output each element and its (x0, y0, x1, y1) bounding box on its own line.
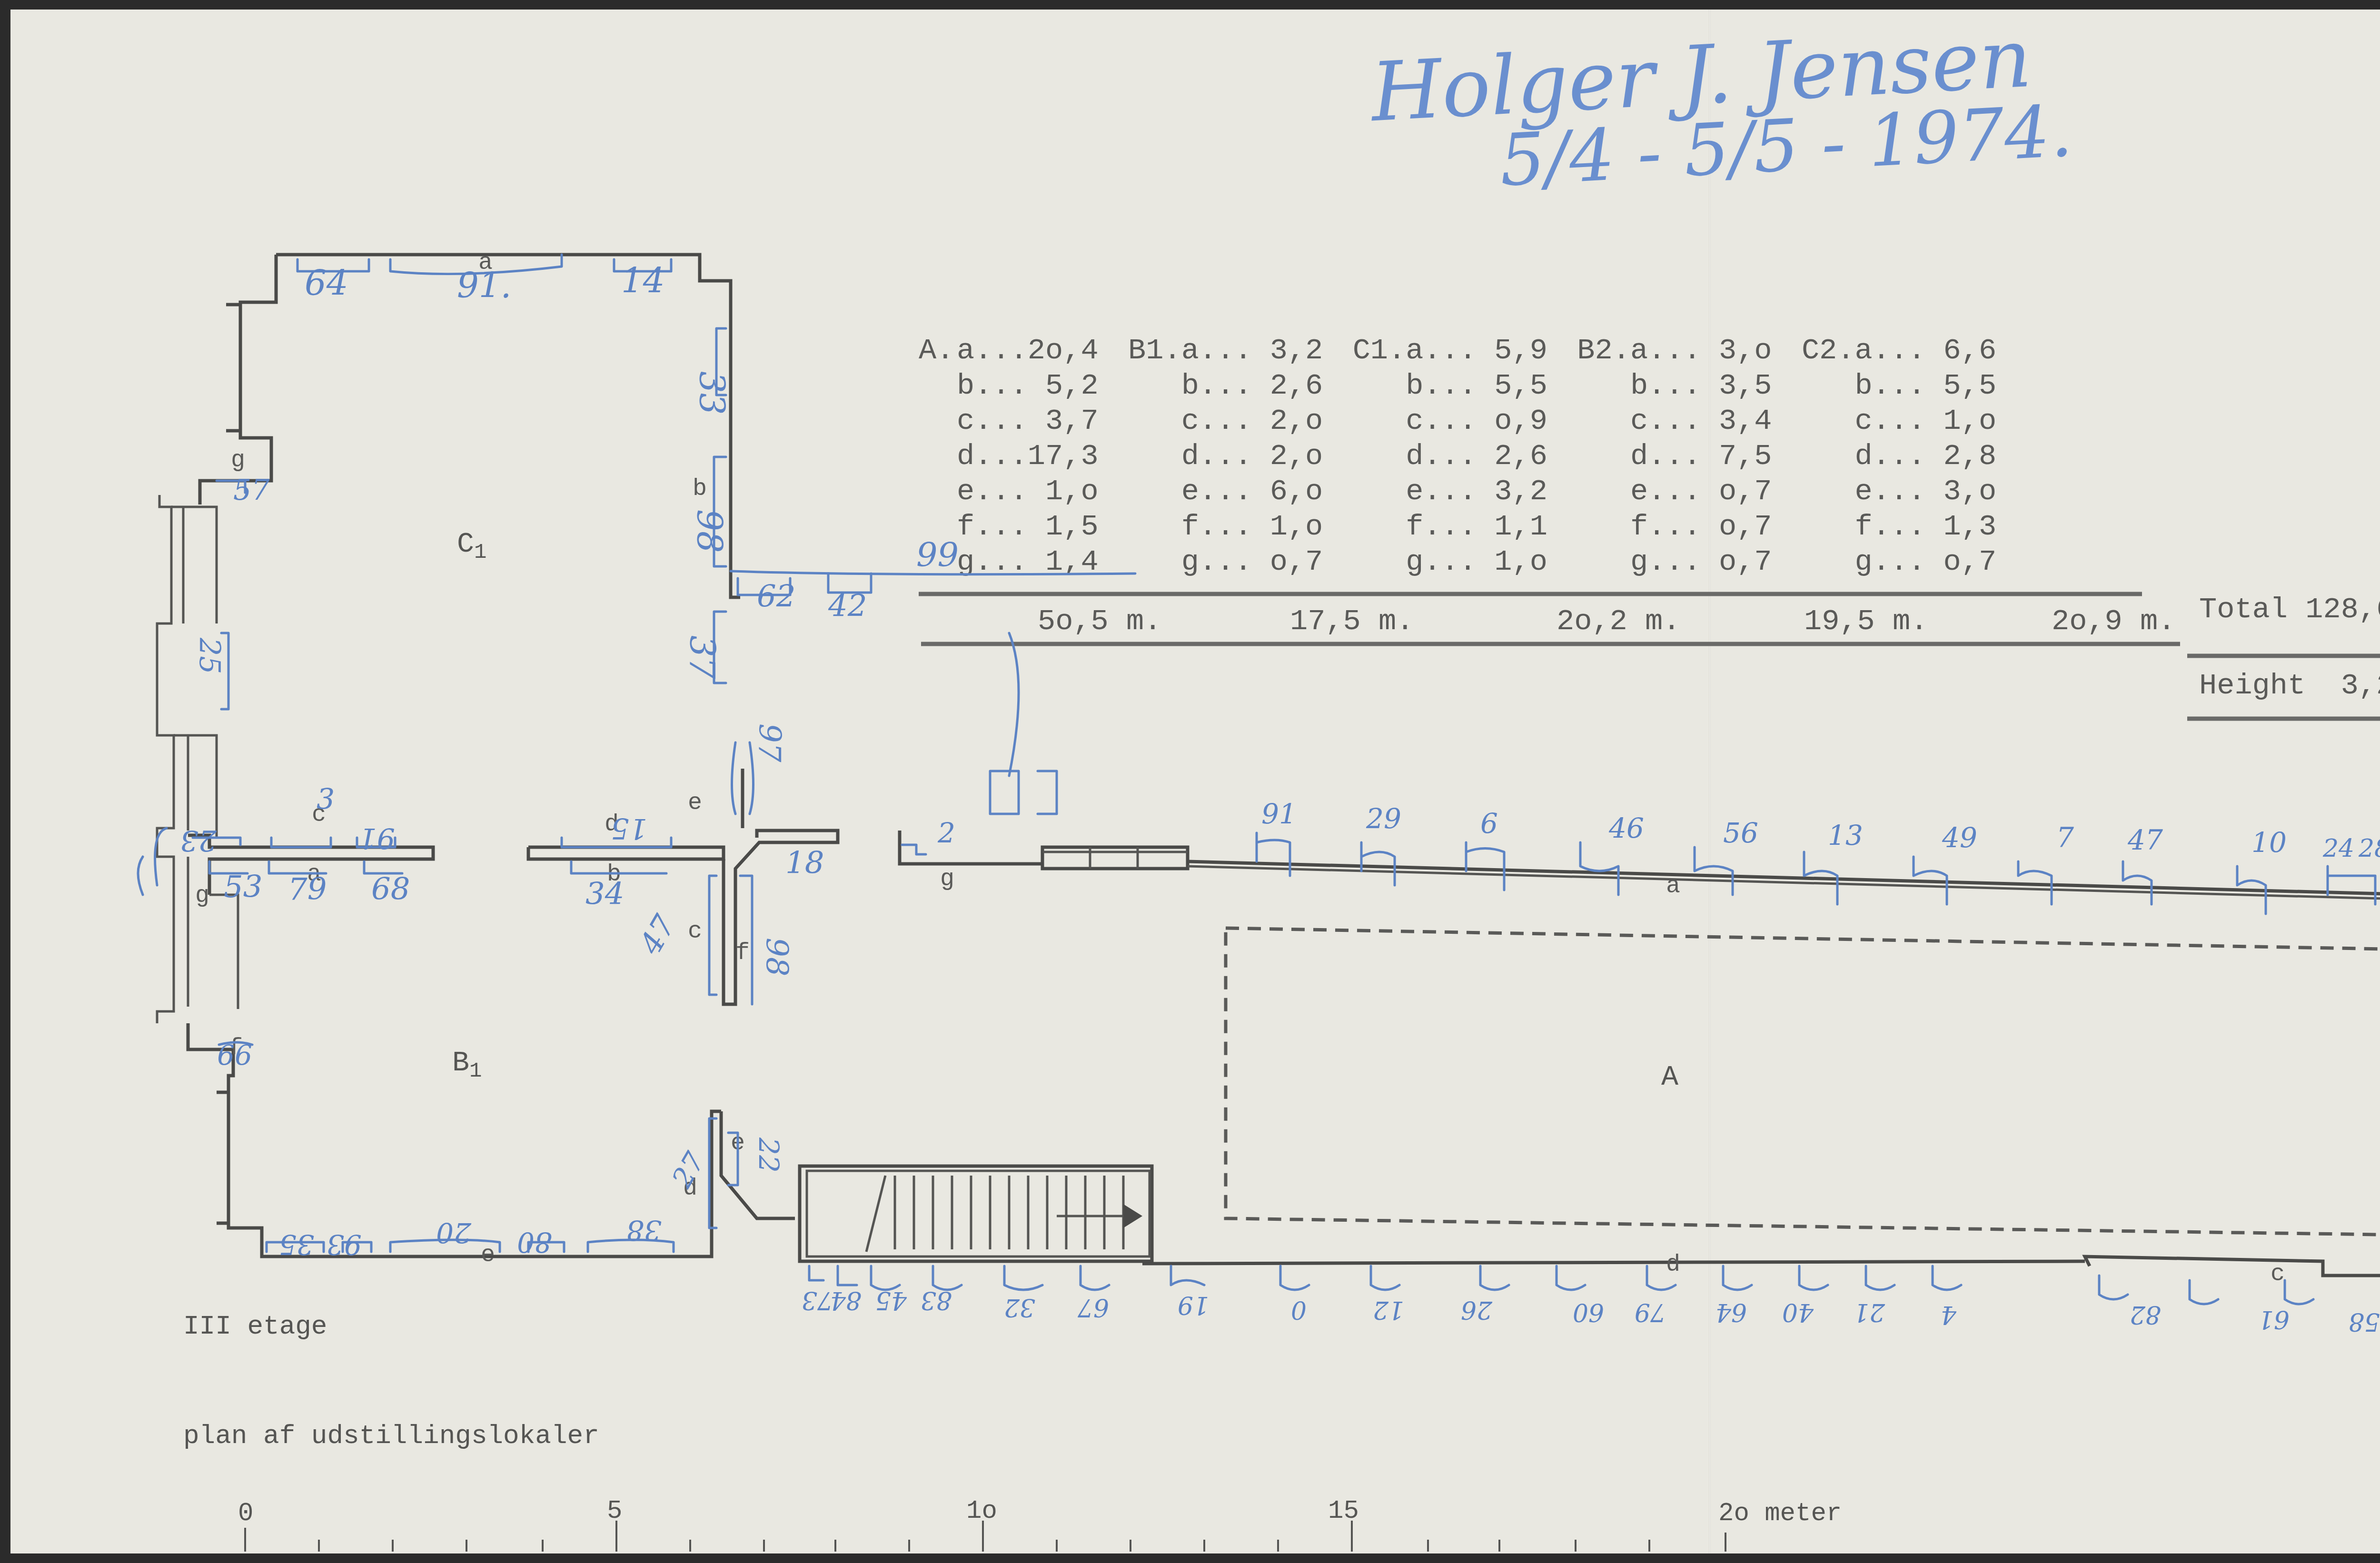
svg-text:28: 28 (2358, 834, 2380, 863)
svg-text:12: 12 (1373, 1296, 1404, 1324)
svg-text:82: 82 (2130, 1300, 2161, 1329)
svg-text:3: 3 (317, 783, 335, 816)
svg-text:4: 4 (1941, 1300, 1957, 1329)
svg-text:40: 40 (1782, 1298, 1814, 1326)
svg-text:25: 25 (193, 637, 226, 674)
svg-text:13: 13 (1828, 819, 1863, 851)
svg-text:46: 46 (1608, 812, 1644, 844)
svg-text:80: 80 (517, 1226, 552, 1258)
svg-text:93: 93 (327, 1228, 362, 1261)
svg-text:35: 35 (279, 1228, 314, 1261)
svg-text:34: 34 (585, 877, 624, 912)
svg-text:32: 32 (1004, 1293, 1035, 1322)
handwritten-annotations: 6491.14 33 98 37 57 25 6242 9997 23 391 … (0, 0, 2380, 1563)
svg-text:84: 84 (830, 1286, 862, 1315)
svg-text:91: 91 (359, 821, 395, 854)
svg-text:45: 45 (875, 1286, 907, 1315)
svg-text:98: 98 (759, 938, 794, 976)
svg-text:18: 18 (785, 846, 824, 881)
svg-text:79: 79 (1635, 1298, 1666, 1326)
svg-text:73: 73 (802, 1286, 833, 1315)
svg-text:61: 61 (2258, 1305, 2290, 1334)
svg-text:58: 58 (2349, 1307, 2380, 1336)
svg-text:0: 0 (1291, 1296, 1307, 1324)
annotation-numbers: 6491.14 33 98 37 57 25 6242 9997 23 391 … (180, 261, 2380, 1336)
svg-text:91: 91 (1261, 798, 1297, 830)
svg-text:91.: 91. (457, 266, 512, 306)
svg-text:38: 38 (626, 1214, 662, 1246)
svg-text:23: 23 (180, 823, 217, 857)
svg-text:14: 14 (621, 261, 665, 301)
annotation-brackets (138, 255, 2380, 1304)
svg-text:42: 42 (828, 589, 867, 624)
svg-text:20: 20 (436, 1217, 472, 1249)
svg-text:10: 10 (2251, 826, 2287, 859)
svg-text:6: 6 (1480, 807, 1498, 840)
svg-text:24: 24 (2322, 834, 2354, 863)
svg-text:26: 26 (1461, 1296, 1493, 1324)
svg-text:64: 64 (305, 263, 348, 303)
svg-text:2: 2 (937, 817, 955, 849)
svg-text:99: 99 (916, 535, 959, 574)
svg-text:62: 62 (757, 579, 795, 614)
svg-text:47: 47 (633, 909, 683, 961)
svg-text:19: 19 (1178, 1291, 1209, 1319)
svg-text:49: 49 (1942, 821, 1977, 854)
svg-text:15: 15 (611, 811, 647, 845)
svg-text:64: 64 (1716, 1298, 1747, 1326)
svg-text:98: 98 (689, 509, 729, 553)
svg-text:68: 68 (371, 872, 410, 907)
svg-text:99: 99 (217, 1038, 252, 1070)
svg-text:79: 79 (288, 872, 327, 907)
svg-text:7: 7 (2056, 821, 2074, 854)
svg-text:27: 27 (665, 1147, 711, 1194)
svg-text:56: 56 (1723, 817, 1758, 849)
svg-text:97: 97 (752, 723, 787, 762)
svg-text:67: 67 (1077, 1293, 1109, 1322)
svg-text:57: 57 (233, 474, 270, 507)
svg-text:37: 37 (682, 635, 722, 679)
svg-text:21: 21 (1854, 1298, 1885, 1326)
svg-text:47: 47 (2127, 824, 2163, 856)
svg-text:22: 22 (753, 1137, 785, 1173)
svg-text:29: 29 (1366, 802, 1401, 835)
svg-text:60: 60 (1573, 1298, 1604, 1326)
svg-text:83: 83 (921, 1286, 952, 1315)
svg-text:33: 33 (692, 371, 732, 415)
svg-text:53: 53 (224, 870, 262, 905)
